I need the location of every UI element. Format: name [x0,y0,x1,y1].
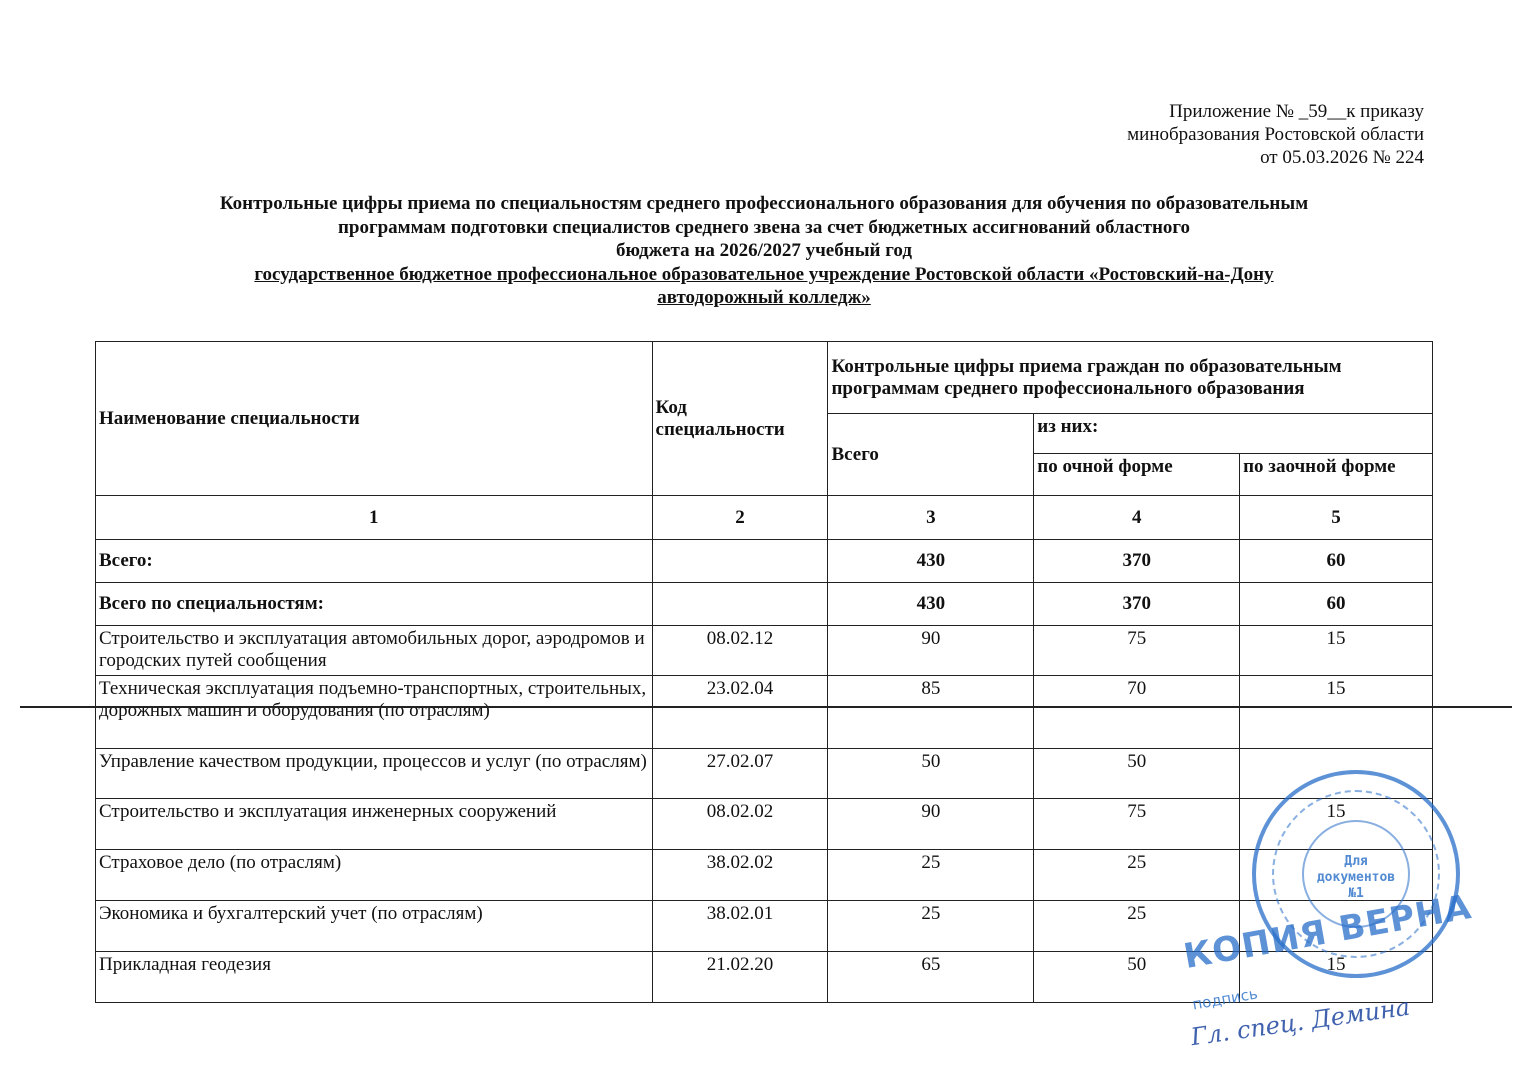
table-row: Строительство и эксплуатация автомобильн… [96,626,1433,676]
cell-code: 27.02.07 [652,749,828,799]
cell-code: 08.02.12 [652,626,828,676]
cell-code: 08.02.02 [652,799,828,850]
column-number: 2 [652,496,828,540]
cell-parttime: 15 [1240,799,1433,850]
scan-artifact-line [20,706,1512,708]
cell-code: 38.02.01 [652,901,828,952]
column-numbers-row: 1 2 3 4 5 [96,496,1433,540]
header-code-line-2: специальности [656,419,825,441]
cell-total: 25 [828,901,1034,952]
cell-fulltime: 370 [1034,540,1240,583]
cell-parttime: 60 [1240,540,1433,583]
header-code-line-1: Код [656,397,825,419]
cell-fulltime: 70 [1034,676,1240,749]
cell-fulltime: 25 [1034,850,1240,901]
header-group: Контрольные цифры приема граждан по обра… [828,342,1433,414]
table-row: Строительство и эксплуатация инженерных … [96,799,1433,850]
cell-total: 90 [828,626,1034,676]
appendix-line-2: минобразования Ростовской области [1127,123,1424,146]
cell-name: Строительство и эксплуатация автомобильн… [96,626,653,676]
column-number: 1 [96,496,653,540]
cell-name: Страховое дело (по отраслям) [96,850,653,901]
cell-parttime: 60 [1240,583,1433,626]
cell-code [652,540,828,583]
cell-total: 25 [828,850,1034,901]
title-line-3: бюджета на 2026/2027 учебный год [90,239,1438,263]
cell-code: 38.02.02 [652,850,828,901]
cell-total: 85 [828,676,1034,749]
cell-code: 23.02.04 [652,676,828,749]
cell-name: Всего: [96,540,653,583]
cell-parttime: 15 [1240,676,1433,749]
cell-parttime [1240,749,1433,799]
organization-line-2: автодорожный колледж» [90,286,1438,310]
title-line-1: Контрольные цифры приема по специальност… [90,192,1438,216]
column-number: 5 [1240,496,1433,540]
cell-fulltime: 370 [1034,583,1240,626]
header-of-them: из них: [1034,414,1433,454]
cell-name: Прикладная геодезия [96,952,653,1003]
cell-total: 90 [828,799,1034,850]
column-number: 4 [1034,496,1240,540]
organization-line-1: государственное бюджетное профессиональн… [90,263,1438,287]
appendix-reference: Приложение № _59__к приказу минобразован… [1127,100,1424,169]
header-total: Всего [828,414,1034,496]
header-parttime: по заочной форме [1240,454,1433,496]
admission-table: Наименование специальности Код специальн… [95,341,1433,1003]
cell-fulltime: 50 [1034,749,1240,799]
appendix-line-3: от 05.03.2026 № 224 [1127,146,1424,169]
cell-name: Управление качеством продукции, процессо… [96,749,653,799]
summary-row-total: Всего: 430 370 60 [96,540,1433,583]
cell-code: 21.02.20 [652,952,828,1003]
table-row: Управление качеством продукции, процессо… [96,749,1433,799]
cell-parttime [1240,850,1433,901]
appendix-line-1: Приложение № _59__к приказу [1127,100,1424,123]
cell-code [652,583,828,626]
header-name: Наименование специальности [96,342,653,496]
cell-total: 430 [828,540,1034,583]
cell-fulltime: 75 [1034,799,1240,850]
title-line-2: программам подготовки специалистов средн… [90,216,1438,240]
cell-total: 50 [828,749,1034,799]
table-row: Страховое дело (по отраслям) 38.02.02 25… [96,850,1433,901]
cell-parttime: 15 [1240,626,1433,676]
header-fulltime: по очной форме [1034,454,1240,496]
cell-name: Всего по специальностям: [96,583,653,626]
cell-fulltime: 75 [1034,626,1240,676]
cell-name: Строительство и эксплуатация инженерных … [96,799,653,850]
summary-row-by-specialty: Всего по специальностям: 430 370 60 [96,583,1433,626]
cell-total: 65 [828,952,1034,1003]
cell-name: Техническая эксплуатация подъемно-трансп… [96,676,653,749]
document-title: Контрольные цифры приема по специальност… [90,192,1438,310]
cell-name: Экономика и бухгалтерский учет (по отрас… [96,901,653,952]
header-code: Код специальности [652,342,828,496]
column-number: 3 [828,496,1034,540]
table-row: Техническая эксплуатация подъемно-трансп… [96,676,1433,749]
cell-total: 430 [828,583,1034,626]
